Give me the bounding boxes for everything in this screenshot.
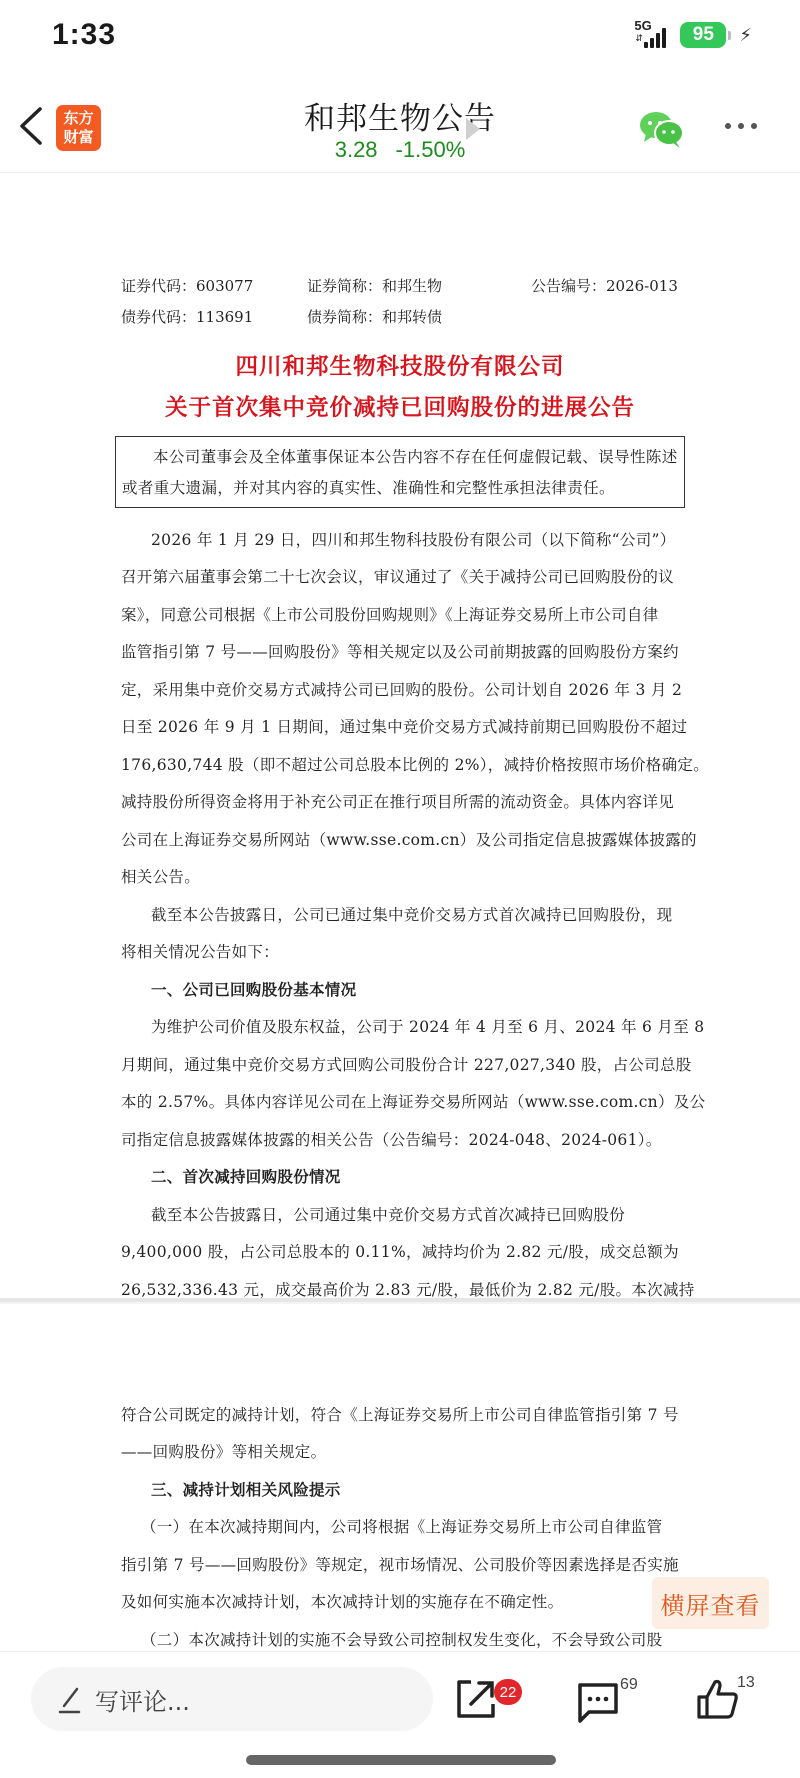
stock-name: 证券简称：和邦生物 — [307, 275, 442, 296]
body-line: 截至本公告披露日，公司通过集中竞价交易方式首次减持已回购股份 — [151, 1203, 711, 1227]
body-line: 将相关情况公告如下： — [121, 940, 681, 964]
status-time: 1:33 — [52, 18, 116, 52]
body-line: 日至 2026 年 9 月 1 日期间，通过集中竞价交易方式减持前期已回购股份不… — [121, 715, 681, 739]
share-count-badge: 22 — [494, 1679, 522, 1705]
comment-placeholder: 写评论... — [95, 1682, 190, 1717]
body-line: ——回购股份》等相关规定。 — [121, 1440, 681, 1464]
body-line: （一）在本次减持期间内，公司将根据《上海证券交易所上市公司自律监管 — [141, 1515, 701, 1539]
body-line: 定，采用集中竞价交易方式减持公司已回购的股份。公司计划自 2026 年 3 月 … — [121, 678, 681, 702]
section-heading-2: 二、首次减持回购股份情况 — [151, 1165, 711, 1189]
play-triangle-icon[interactable] — [466, 118, 480, 140]
stock-code: 证券代码：603077 — [121, 275, 253, 296]
comment-input[interactable]: 写评论... — [31, 1667, 433, 1731]
body-line: 指引第 7 号——回购股份》等规定，视市场情况、公司股价等因素选择是否实施 — [121, 1553, 681, 1577]
body-line: 本的 2.57%。具体内容详见公司在上海证券交易所网站（www.sse.com.… — [121, 1090, 681, 1114]
announcement-title: 关于首次集中竞价减持已回购股份的进展公告 — [0, 390, 800, 422]
page-divider — [0, 1298, 800, 1304]
body-line: 2026 年 1 月 29 日，四川和邦生物科技股份有限公司（以下简称“公司”） — [151, 528, 711, 552]
home-indicator[interactable] — [246, 1755, 556, 1765]
disclaimer-box: 本公司董事会及全体董事保证本公告内容不存在任何虚假记载、误导性陈述或者重大遗漏，… — [115, 436, 685, 508]
meta-row-bond: 债券代码：113691 债券简称：和邦转债 — [121, 306, 681, 330]
body-line: 为维护公司价值及股东权益，公司于 2024 年 4 月至 6 月、2024 年 … — [151, 1015, 711, 1039]
body-line: （二）本次减持计划的实施不会导致公司控制权发生变化，不会导致公司股 — [141, 1628, 701, 1652]
company-title: 四川和邦生物科技股份有限公司 — [0, 349, 800, 381]
battery-tip — [728, 31, 731, 40]
body-line: 减持股份所得资金将用于补充公司正在推行项目所需的流动资金。具体内容详见 — [121, 790, 681, 814]
landscape-view-button[interactable]: 横屏查看 — [652, 1577, 769, 1629]
body-line: 案》，同意公司根据《上市公司股份回购规则》《上海证券交易所上市公司自律 — [121, 603, 681, 627]
comment-icon[interactable] — [575, 1679, 621, 1725]
stock-change: -1.50% — [396, 137, 466, 162]
nav-header: 东方 财富 和邦生物公告 3.28-1.50% — [0, 85, 800, 173]
disclaimer-text: 本公司董事会及全体董事保证本公告内容不存在任何虚假记载、误导性陈述或者重大遗漏，… — [122, 442, 678, 504]
body-line: 司指定信息披露媒体披露的相关公告（公告编号：2024-048、2024-061）… — [121, 1128, 681, 1152]
status-indicators: 5G ⇵ 95 ⚡ — [634, 20, 752, 50]
section-heading-3: 三、减持计划相关风险提示 — [151, 1478, 711, 1502]
like-thumbs-up-icon[interactable] — [695, 1676, 741, 1722]
body-line: 及如何实施本次减持计划，本次减持计划的实施存在不确定性。 — [121, 1590, 681, 1614]
body-line: 月期间，通过集中竞价交易方式回购公司股份合计 227,027,340 股，占公司… — [121, 1053, 681, 1077]
body-line: 截至本公告披露日，公司已通过集中竞价交易方式首次减持已回购股份，现 — [151, 903, 711, 927]
wechat-share-icon[interactable] — [638, 109, 686, 149]
battery-icon: 95 — [680, 22, 726, 48]
more-options-icon[interactable] — [725, 123, 757, 129]
comment-count: 69 — [620, 1676, 638, 1694]
body-line: 176,630,744 股（即不超过公司总股本比例的 2%），减持价格按照市场价… — [121, 753, 681, 777]
cellular-signal-icon: 5G ⇵ — [634, 20, 674, 50]
section-heading-1: 一、公司已回购股份基本情况 — [151, 978, 711, 1002]
body-line: 公司在上海证券交易所网站（www.sse.com.cn）及公司指定信息披露媒体披… — [121, 828, 681, 852]
bond-name: 债券简称：和邦转债 — [307, 306, 442, 327]
meta-row-stock: 证券代码：603077 证券简称：和邦生物 公告编号：2026-013 — [121, 275, 681, 299]
body-line: 相关公告。 — [121, 865, 681, 889]
body-line: 9,400,000 股，占公司总股本的 0.11%，减持均价为 2.82 元/股… — [121, 1240, 681, 1264]
charging-icon: ⚡ — [739, 25, 752, 46]
bond-code: 债券代码：113691 — [121, 306, 253, 327]
body-line: 符合公司既定的减持计划，符合《上海证券交易所上市公司自律监管指引第 7 号 — [121, 1403, 681, 1427]
stock-price: 3.28 — [335, 137, 378, 162]
body-line: 监管指引第 7 号——回购股份》等相关规定以及公司前期披露的回购股份方案约 — [121, 640, 681, 664]
pencil-icon — [57, 1684, 85, 1714]
body-line: 召开第六届董事会第二十七次会议，审议通过了《关于减持公司已回购股份的议 — [121, 565, 681, 589]
share-icon[interactable] — [453, 1676, 499, 1722]
like-count: 13 — [737, 1674, 755, 1692]
announcement-number: 公告编号：2026-013 — [531, 275, 678, 296]
